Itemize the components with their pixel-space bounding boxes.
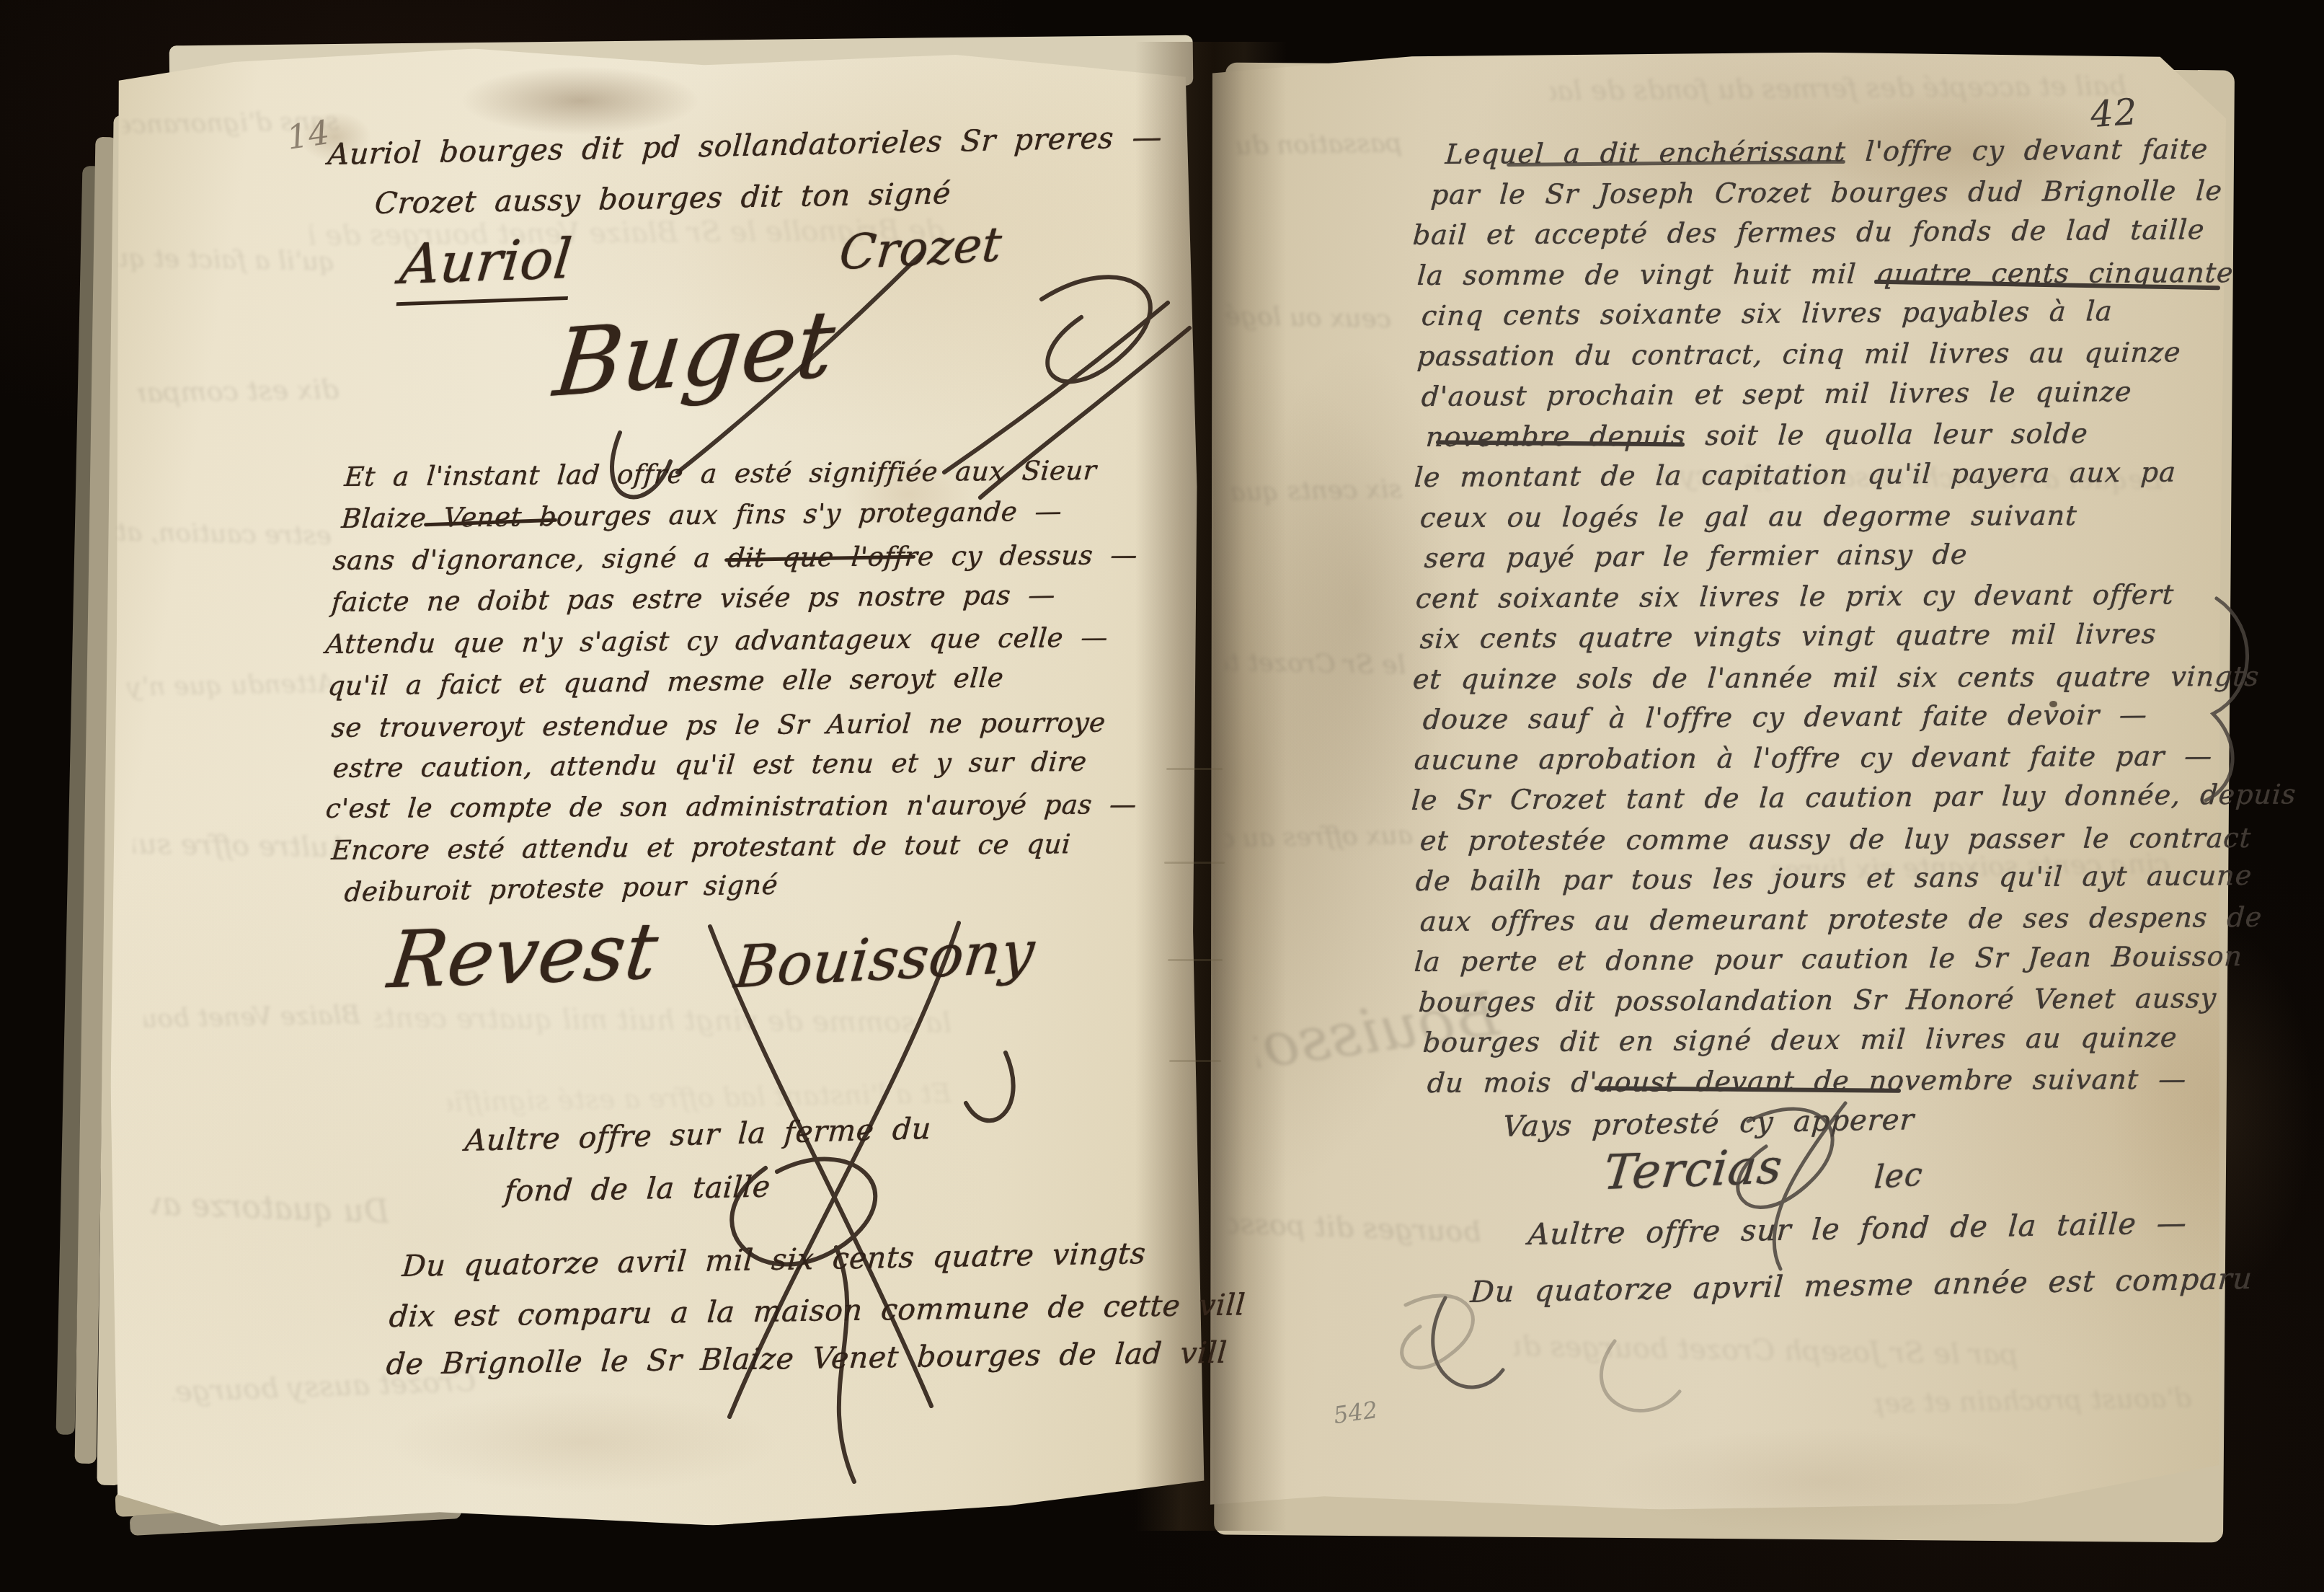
manuscript-line: bail et accepté des fermes du fonds de l…	[1412, 213, 2206, 251]
signature-revest: Revest	[383, 906, 662, 1007]
manuscript-line: sera payé par le fermier ainsy de	[1424, 539, 1969, 574]
manuscript-line: Et a l'instant lad offre a esté signiffi…	[343, 455, 1097, 492]
manuscript-line: c'est le compte de son administration n'…	[324, 789, 1137, 824]
manuscript-line: d'aoust prochain et sept mil livres le q…	[1421, 376, 2133, 412]
manuscript-line: bourges dit en signé deux mil livres au …	[1422, 1022, 2178, 1058]
manuscript-line: le montant de la capitation qu'il payera…	[1414, 456, 2178, 493]
manuscript-photo: 14 Auriol bourges dit pd sollandatoriele…	[0, 0, 2324, 1592]
signature-suffix: lec	[1873, 1156, 1924, 1196]
manuscript-line: la perte et donne pour caution le Sr Jea…	[1414, 940, 2244, 978]
manuscript-line: six cents quatre vingts vingt quatre mil…	[1419, 618, 2157, 655]
binding-stitch	[1164, 862, 1225, 864]
manuscript-line: bourges dit possolandation Sr Honoré Ven…	[1418, 982, 2218, 1018]
manuscript-line: par le Sr Joseph Crozet bourges dud Brig…	[1430, 174, 2224, 211]
manuscript-line: de bailh par tous les jours et sans qu'i…	[1415, 859, 2253, 897]
manuscript-line: se trouveroyt estendue ps le Sr Auriol n…	[330, 707, 1106, 743]
manuscript-line: passation du contract, cinq mil livres a…	[1416, 336, 2183, 372]
manuscript-line: et protestée comme aussy de luy passer l…	[1419, 822, 2253, 857]
manuscript-line: estre caution, attendu qu'il est tenu et…	[332, 746, 1088, 784]
section-heading: fond de la taille	[503, 1169, 771, 1209]
signature-auriol: Auriol	[396, 226, 575, 306]
manuscript-line: aucune aprobation à l'offre cy devant fa…	[1414, 740, 2214, 776]
signature-buget: Buget	[549, 290, 840, 418]
right-folio-number: 42	[2089, 91, 2139, 136]
manuscript-line: Encore esté attendu et protestant de tou…	[330, 828, 1072, 866]
manuscript-line: novembre depuis soit le quolla leur sold…	[1425, 417, 2090, 453]
binding-stitch	[1166, 768, 1223, 770]
manuscript-line: aux offres au demeurant proteste de ses …	[1419, 901, 2263, 937]
binding-stitch	[1169, 1060, 1221, 1062]
manuscript-line: le Sr Crozet tant de la caution par luy …	[1411, 778, 2297, 816]
manuscript-line: cent soixante six livres le prix cy deva…	[1415, 578, 2176, 614]
signature-tercias: Tercias	[1601, 1138, 1786, 1200]
left-folio-faint: 14	[285, 112, 332, 157]
manuscript-line: du mois d'aoust devant de novembre suiva…	[1427, 1063, 2188, 1099]
manuscript-line: cinq cents soixante six livres payables …	[1421, 295, 2114, 332]
signature-crozet: Crozet	[838, 216, 1005, 280]
manuscript-line: ceux ou logés le gal au degorme suivant	[1419, 500, 2078, 534]
manuscript-line: douze sauf à l'offre cy devant faite dev…	[1422, 699, 2149, 735]
manuscript-line: et quinze sols de l'année mil six cents …	[1412, 660, 2261, 695]
binding-stitch	[1168, 959, 1223, 961]
